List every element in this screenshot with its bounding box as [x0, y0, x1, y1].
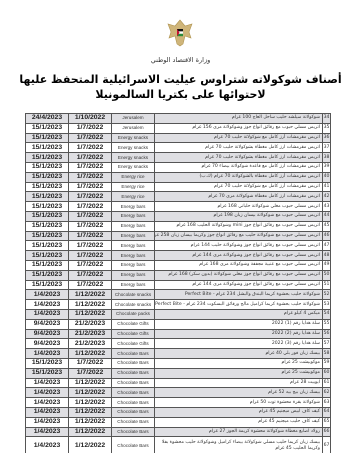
row-number-cell: 50 [323, 270, 331, 280]
production-date-cell: 1/12/2022 [69, 349, 112, 359]
product-name-cell: موكوبيشت 25 غرام [155, 358, 323, 368]
table-row: 1/4/20231/12/2022Chocolate snacksشوكولات… [26, 300, 331, 310]
product-name-cell: اتريس مسلي حبوب مع رقائق انواع جوز وشوكو… [155, 241, 323, 251]
product-name-cell: بيسك زبان بيج بيه 52 غرام [155, 388, 323, 398]
expiry-date-cell: 15/1/2023 [26, 241, 69, 251]
production-date-cell: 1/7/2022 [69, 241, 112, 251]
production-date-cell: 1/12/2022 [69, 290, 112, 300]
row-number-cell: 41 [323, 182, 331, 192]
row-number-cell: 60 [323, 368, 331, 378]
production-date-cell: 1/7/2022 [69, 172, 112, 182]
category-cell: Chocolate Gifts [112, 329, 155, 339]
production-date-cell: 1/7/2022 [69, 221, 112, 231]
table-row: 15/1/20231/7/2022Energy riceاتريس مقرمشا… [26, 192, 331, 202]
table-row: 15/1/20231/7/2022Energy barsاتريس مسلي ح… [26, 202, 331, 212]
expiry-date-cell: 1/4/2023 [26, 300, 69, 310]
expiry-date-cell: 15/1/2023 [26, 270, 69, 280]
row-number-cell: 37 [323, 143, 331, 153]
table-row: 1/4/20231/12/2022Chocolate Barsرولاد اصا… [26, 427, 331, 437]
expiry-date-cell: 1/4/2023 [26, 427, 69, 437]
expiry-date-cell: 15/1/2023 [26, 221, 69, 231]
category-cell: Energy bars [112, 270, 155, 280]
row-number-cell: 54 [323, 309, 331, 319]
category-cell: Energy bars [112, 241, 155, 251]
row-number-cell: 42 [323, 192, 331, 202]
table-row: 9/4/202321/2/2023Chocolate Giftsسلة هداي… [26, 329, 331, 339]
category-cell: Energy bars [112, 260, 155, 270]
category-cell: Energy bars [112, 221, 155, 231]
row-number-cell: 48 [323, 251, 331, 261]
expiry-date-cell: 24/4/2023 [26, 114, 69, 124]
production-date-cell: 21/2/2023 [69, 329, 112, 339]
category-cell: Chocolate Bars [112, 427, 155, 437]
production-date-cell: 1/7/2022 [69, 162, 112, 172]
category-cell: Energy rice [112, 172, 155, 182]
expiry-date-cell: 15/1/2023 [26, 153, 69, 163]
production-date-cell: 21/2/2023 [69, 339, 112, 349]
product-name-cell: رولاد اصابع مغطاة شوكولاتة محشوة كريمة ا… [155, 427, 323, 437]
table-row: 15/1/20231/7/2022Energy snacksاتريس مقرم… [26, 133, 331, 143]
row-number-cell: 61 [323, 378, 331, 388]
product-name-cell: كيف كاف ابيض ميجنيم 45 غرام [155, 407, 323, 417]
table-row: 15/1/20231/7/2022Energy barsاتريس مسلي ح… [26, 241, 331, 251]
row-number-cell: 39 [323, 162, 331, 172]
row-number-cell: 59 [323, 358, 331, 368]
production-date-cell: 1/7/2022 [69, 231, 112, 241]
category-cell: Chocolate Bars [112, 407, 155, 417]
expiry-date-cell: 15/1/2023 [26, 162, 69, 172]
category-cell: Energy snacks [112, 162, 155, 172]
category-cell: Chocolate Bars [112, 349, 155, 359]
recalled-products-table: 24/4/20231/10/2022Jerusalemشوكولاتة سيلش… [25, 113, 331, 453]
row-number-cell: 34 [323, 114, 331, 124]
product-name-cell: ميكس 4 كيلو غرام [155, 309, 323, 319]
table-row: 15/1/20231/7/2022Chocolate Barsموكوبيشت … [26, 358, 331, 368]
category-cell: Chocolate Gifts [112, 319, 155, 329]
production-date-cell: 1/7/2022 [69, 123, 112, 133]
production-date-cell: 1/12/2022 [69, 300, 112, 310]
table-row: 1/4/20231/12/2022Chocolate Barsشوكولاتة … [26, 398, 331, 408]
production-date-cell: 1/7/2022 [69, 211, 112, 221]
expiry-date-cell: 1/4/2023 [26, 388, 69, 398]
expiry-date-cell: 1/4/2023 [26, 290, 69, 300]
product-name-cell: سلة هدايا رقم (2) 2022 [155, 329, 323, 339]
expiry-date-cell: 15/1/2023 [26, 202, 69, 212]
product-name-cell: اتريس مقرمشات ارز كامل مغطاة بشوكولاتة ح… [155, 143, 323, 153]
table-row: 1/4/20231/12/2022Chocolate Barsبيسك زبان… [26, 388, 331, 398]
product-name-cell: اتريس مسلي حبوب مع رقائق انواع جوز وشوكو… [155, 123, 323, 133]
expiry-date-cell: 15/1/2023 [26, 143, 69, 153]
row-number-cell: 38 [323, 153, 331, 163]
category-cell: Energy bars [112, 280, 155, 290]
production-date-cell: 1/7/2022 [69, 143, 112, 153]
category-cell: Chocolate Bars [112, 398, 155, 408]
row-number-cell: 51 [323, 280, 331, 290]
expiry-date-cell: 15/1/2023 [26, 358, 69, 368]
expiry-date-cell: 15/1/2023 [26, 260, 69, 270]
category-cell: Energy bars [112, 231, 155, 241]
table-row: 15/1/20231/7/2022Energy snacksاتريس مقرم… [26, 143, 331, 153]
table-row: 15/1/20231/7/2022Energy barsاتريس مسلي ح… [26, 260, 331, 270]
table-row: 1/4/20231/12/2022Chocolate Barsايوبيت 28… [26, 378, 331, 388]
expiry-date-cell: 1/4/2023 [26, 398, 69, 408]
production-date-cell: 1/12/2022 [69, 407, 112, 417]
document-header: وزارة الاقتصاد الوطني أصناف شوكولاته شتر… [0, 0, 361, 110]
table-row: 15/1/20231/7/2022Energy barsاتريس مسلي ح… [26, 280, 331, 290]
row-number-cell: 56 [323, 329, 331, 339]
product-name-cell: شوكولاتة سيلشد حليب ساحل العاج 100 غرام [155, 114, 323, 124]
table-row: 1/4/20231/12/2022Chocolate Barsبيسك زبان… [26, 349, 331, 359]
production-date-cell: 1/10/2022 [69, 114, 112, 124]
category-cell: Chocolate Bars [112, 358, 155, 368]
production-date-cell: 1/7/2022 [69, 202, 112, 212]
table-row: 1/4/20231/12/2022Chocolate Barsبيسك زبان… [26, 437, 331, 453]
expiry-date-cell: 15/1/2023 [26, 133, 69, 143]
expiry-date-cell: 9/4/2023 [26, 339, 69, 349]
product-name-cell: اتريس مقرمشات ارز كامل مع قاعدة شوكولاتة… [155, 162, 323, 172]
category-cell: Energy bars [112, 202, 155, 212]
expiry-date-cell: 9/4/2023 [26, 319, 69, 329]
production-date-cell: 1/7/2022 [69, 182, 112, 192]
table-row: 15/1/20231/7/2022Energy barsاتريس مسلي ح… [26, 270, 331, 280]
row-number-cell: 65 [323, 417, 331, 427]
product-name-cell: شوكولاتة بقرة محشوة توت 50 غرام [155, 398, 323, 408]
table-row: 15/1/20231/7/2022Energy barsاتريس مسلي ح… [26, 231, 331, 241]
expiry-date-cell: 1/4/2023 [26, 349, 69, 359]
row-number-cell: 47 [323, 241, 331, 251]
row-number-cell: 49 [323, 260, 331, 270]
row-number-cell: 57 [323, 339, 331, 349]
category-cell: Energy rice [112, 182, 155, 192]
production-date-cell: 1/12/2022 [69, 309, 112, 319]
production-date-cell: 1/7/2022 [69, 280, 112, 290]
category-cell: Chocolate Bars [112, 388, 155, 398]
row-number-cell: 36 [323, 133, 331, 143]
expiry-date-cell: 15/1/2023 [26, 211, 69, 221]
product-name-cell: اتريس مسلي حبوب مع رقائق انواع جوز وشوكو… [155, 251, 323, 261]
product-name-cell: اتريس مقرمشات أرز كامل مغطاة بالشوكولاتة… [155, 172, 323, 182]
category-cell: Energy snacks [112, 133, 155, 143]
row-number-cell: 66 [323, 427, 331, 437]
category-cell: Chocolate packs [112, 309, 155, 319]
production-date-cell: 1/7/2022 [69, 251, 112, 261]
product-name-cell: اتريس مسلي حبوب مع شوكولاتة حليب مع رقائ… [155, 231, 323, 241]
category-cell: Chocolate snacks [112, 290, 155, 300]
row-number-cell: 40 [323, 172, 331, 182]
expiry-date-cell: 15/1/2023 [26, 280, 69, 290]
production-date-cell: 1/12/2022 [69, 388, 112, 398]
production-date-cell: 1/7/2022 [69, 153, 112, 163]
table-row: 9/4/202321/2/2023Chocolate Giftsسلة هداي… [26, 319, 331, 329]
product-name-cell: ايوبيت 28 غرام [155, 378, 323, 388]
production-date-cell: 1/7/2022 [69, 133, 112, 143]
production-date-cell: 1/7/2022 [69, 192, 112, 202]
expiry-date-cell: 15/1/2023 [26, 172, 69, 182]
product-name-cell: اتريس مسلي حبوب مع رقائق انواع جوز وشوكو… [155, 280, 323, 290]
production-date-cell: 1/7/2022 [69, 358, 112, 368]
table-row: 15/1/20231/7/2022Chocolate Barsموكوبيشت … [26, 368, 331, 378]
product-name-cell: سلة هدايا رقم (1) 2022 [155, 319, 323, 329]
expiry-date-cell: 1/4/2023 [26, 407, 69, 417]
production-date-cell: 1/7/2022 [69, 260, 112, 270]
product-name-cell: كيف كاف حليب ميجنيم 45 غرام [155, 417, 323, 427]
category-cell: Jerusalem [112, 114, 155, 124]
product-name-cell: اتريس مقرمشات أرز كامل مع شوكولاتة حليب … [155, 133, 323, 143]
category-cell: Energy rice [112, 192, 155, 202]
row-number-cell: 55 [323, 319, 331, 329]
table-row: 15/1/20231/7/2022Energy barsاتريس مسلي ح… [26, 211, 331, 221]
product-name-cell: اتريس مسلي حبوب مع رقائق انواع جوز mini … [155, 221, 323, 231]
product-name-cell: اتريس مسلي حبوب مغلي شوكولاتة حلباني 168… [155, 202, 323, 212]
product-name-cell: اتريس مسلي حبوب مع شوكولاتة بيسان زبان 1… [155, 211, 323, 221]
product-name-cell: شوكولاتة حليب بحشوة كريما كراميل مالح ور… [155, 300, 323, 310]
row-number-cell: 53 [323, 300, 331, 310]
expiry-date-cell: 9/4/2023 [26, 329, 69, 339]
production-date-cell: 21/2/2023 [69, 319, 112, 329]
expiry-date-cell: 1/4/2023 [26, 417, 69, 427]
product-name-cell: اتريس مسلي حبوب مع عنبية مجففة وشوكولاتة… [155, 260, 323, 270]
table-row: 15/1/20231/7/2022Energy barsاتريس مسلي ح… [26, 251, 331, 261]
row-number-cell: 62 [323, 388, 331, 398]
title-line-2: لاحتوائها على بكتريا السالمونيلا [0, 87, 361, 102]
product-name-cell: اتريس مقرمشات أرز كامل مع شوكولاتة حليب … [155, 182, 323, 192]
product-name-cell: شوكولاتة حليب بحشوة كريما البندق والبشل … [155, 290, 323, 300]
table-row: 15/1/20231/7/2022Jerusalemاتريس مسلي حبو… [26, 123, 331, 133]
production-date-cell: 1/12/2022 [69, 427, 112, 437]
production-date-cell: 1/7/2022 [69, 270, 112, 280]
expiry-date-cell: 15/1/2023 [26, 231, 69, 241]
row-number-cell: 43 [323, 202, 331, 212]
table-row: 15/1/20231/7/2022Energy barsاتريس مسلي ح… [26, 221, 331, 231]
production-date-cell: 1/12/2022 [69, 378, 112, 388]
category-cell: Energy snacks [112, 143, 155, 153]
table-row: 15/1/20231/7/2022Energy snacksاتريس مقرم… [26, 162, 331, 172]
row-number-cell: 63 [323, 398, 331, 408]
row-number-cell: 44 [323, 211, 331, 221]
expiry-date-cell: 15/1/2023 [26, 192, 69, 202]
product-name-cell: اتريس مقرمشات ارز كامل مغطاة بشوكولاتة ح… [155, 153, 323, 163]
category-cell: Energy bars [112, 211, 155, 221]
row-number-cell: 52 [323, 290, 331, 300]
table-row: 9/4/202321/2/2023Chocolate Giftsسلة هداي… [26, 339, 331, 349]
row-number-cell: 58 [323, 349, 331, 359]
expiry-date-cell: 1/4/2023 [26, 309, 69, 319]
expiry-date-cell: 15/1/2023 [26, 251, 69, 261]
category-cell: Energy snacks [112, 153, 155, 163]
palestinian-eagle-emblem-icon [166, 18, 194, 48]
row-number-cell: 64 [323, 407, 331, 417]
row-number-cell: 67 [323, 437, 331, 453]
ministry-name: وزارة الاقتصاد الوطني [0, 56, 361, 64]
production-date-cell: 1/7/2022 [69, 368, 112, 378]
table-row: 1/4/20231/12/2022Chocolate Barsكيف كاف ح… [26, 417, 331, 427]
title-line-1: أصناف شوكولاته شتراوس عيليت الاسرائيلية … [0, 72, 361, 87]
product-name-cell: بيسك زبان كريما حليب مسلي شوكولاتة بيضاء… [155, 437, 323, 453]
product-name-cell: بيسك زبان فور بلي 40 غرام [155, 349, 323, 359]
table-row: 15/1/20231/7/2022Energy riceاتريس مقرمشا… [26, 182, 331, 192]
product-name-cell: اتريس مسلي حبوب مع رقائق انواع جوز مغلي … [155, 270, 323, 280]
category-cell: Chocolate Bars [112, 378, 155, 388]
production-date-cell: 1/12/2022 [69, 398, 112, 408]
table-row: 1/4/20231/12/2022Chocolate packsميكس 4 ك… [26, 309, 331, 319]
document-title: أصناف شوكولاته شتراوس عيليت الاسرائيلية … [0, 72, 361, 102]
row-number-cell: 35 [323, 123, 331, 133]
category-cell: Chocolate snacks [112, 300, 155, 310]
category-cell: Chocolate Gifts [112, 339, 155, 349]
row-number-cell: 45 [323, 221, 331, 231]
table-row: 15/1/20231/7/2022Energy riceاتريس مقرمشا… [26, 172, 331, 182]
category-cell: Chocolate Bars [112, 417, 155, 427]
production-date-cell: 1/12/2022 [69, 417, 112, 427]
expiry-date-cell: 15/1/2023 [26, 182, 69, 192]
category-cell: Jerusalem [112, 123, 155, 133]
expiry-date-cell: 1/4/2023 [26, 378, 69, 388]
expiry-date-cell: 15/1/2023 [26, 123, 69, 133]
product-name-cell: سلة هدايا رقم (3) 2022 [155, 339, 323, 349]
table-row: 1/4/20231/12/2022Chocolate snacksشوكولات… [26, 290, 331, 300]
category-cell: Energy bars [112, 251, 155, 261]
category-cell: Chocolate Bars [112, 437, 155, 453]
product-name-cell: اتريس مقرمشات ارز كامل مغطاة شوكولاتة مر… [155, 192, 323, 202]
table-row: 15/1/20231/7/2022Energy snacksاتريس مقرم… [26, 153, 331, 163]
production-date-cell: 1/12/2022 [69, 437, 112, 453]
expiry-date-cell: 1/4/2023 [26, 437, 69, 453]
table-row: 24/4/20231/10/2022Jerusalemشوكولاتة سيلش… [26, 114, 331, 124]
expiry-date-cell: 15/1/2023 [26, 368, 69, 378]
category-cell: Chocolate Bars [112, 368, 155, 378]
row-number-cell: 46 [323, 231, 331, 241]
table-row: 1/4/20231/12/2022Chocolate Barsكيف كاف ا… [26, 407, 331, 417]
product-name-cell: موكوبيشت 25 غرام [155, 368, 323, 378]
